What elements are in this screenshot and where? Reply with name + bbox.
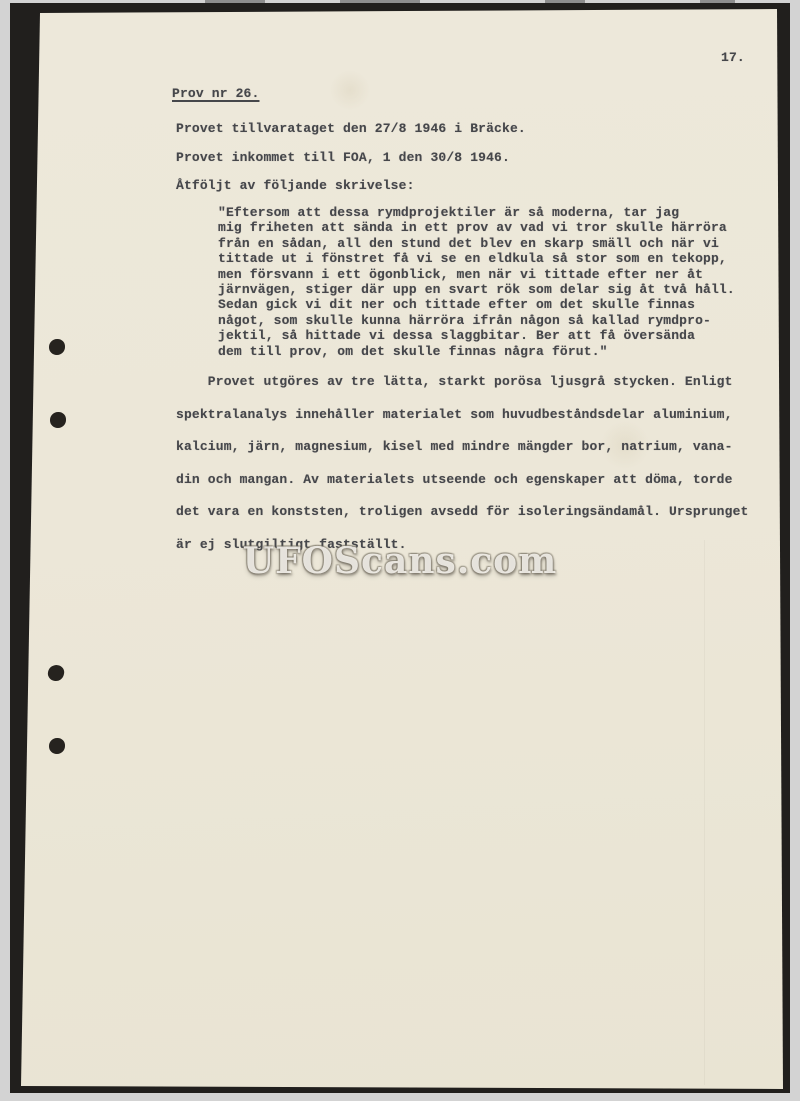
punch-hole [49, 339, 65, 355]
punch-hole [49, 738, 65, 754]
paper-stain [330, 70, 370, 110]
scanned-page: 17. Prov nr 26. Provet tillvarataget den… [0, 0, 800, 1101]
quoted-letter: "Eftersom att dessa rymdprojektiler är s… [218, 205, 735, 359]
analysis-paragraph: Provet utgöres av tre lätta, starkt porö… [176, 366, 749, 562]
document-heading: Prov nr 26. [172, 86, 259, 101]
punch-hole [50, 412, 66, 428]
paper-crease [704, 540, 705, 1085]
ufoscans-watermark: UFOScans.com [0, 540, 800, 582]
punch-hole [47, 664, 66, 683]
document-paper: 17. Prov nr 26. Provet tillvarataget den… [0, 0, 800, 1101]
intro-lines: Provet tillvarataget den 27/8 1946 i Brä… [176, 115, 526, 201]
page-number: 17. [721, 50, 745, 65]
